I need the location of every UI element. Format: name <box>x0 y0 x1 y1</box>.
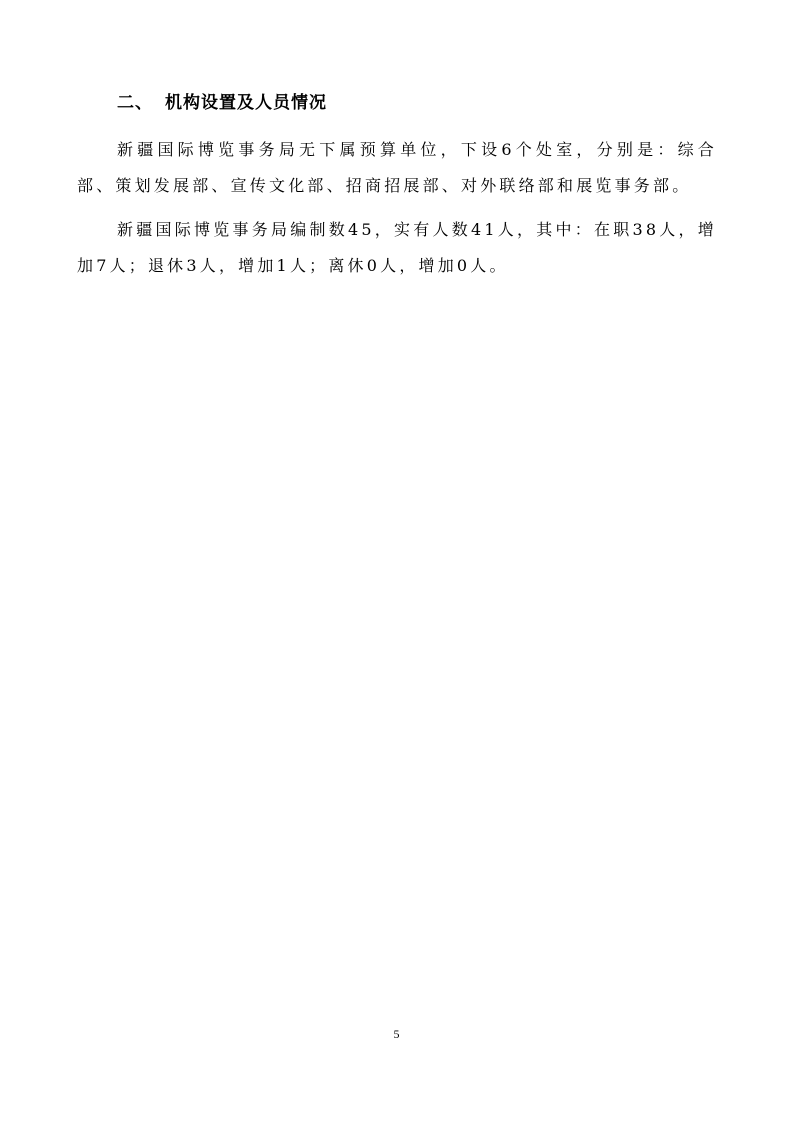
section-heading: 二、机构设置及人员情况 <box>117 88 327 113</box>
document-page: 二、机构设置及人员情况 新疆国际博览事务局无下属预算单位，下设6个处室，分别是：… <box>0 0 793 1122</box>
section-number: 二、 <box>117 93 153 113</box>
paragraph-staffing: 新疆国际博览事务局编制数45，实有人数41人，其中：在职38人，增加7人；退休3… <box>77 212 717 284</box>
page-number: 5 <box>0 1027 793 1042</box>
paragraph-departments: 新疆国际博览事务局无下属预算单位，下设6个处室，分别是：综合部、策划发展部、宣传… <box>77 132 717 204</box>
section-title: 机构设置及人员情况 <box>165 93 327 113</box>
